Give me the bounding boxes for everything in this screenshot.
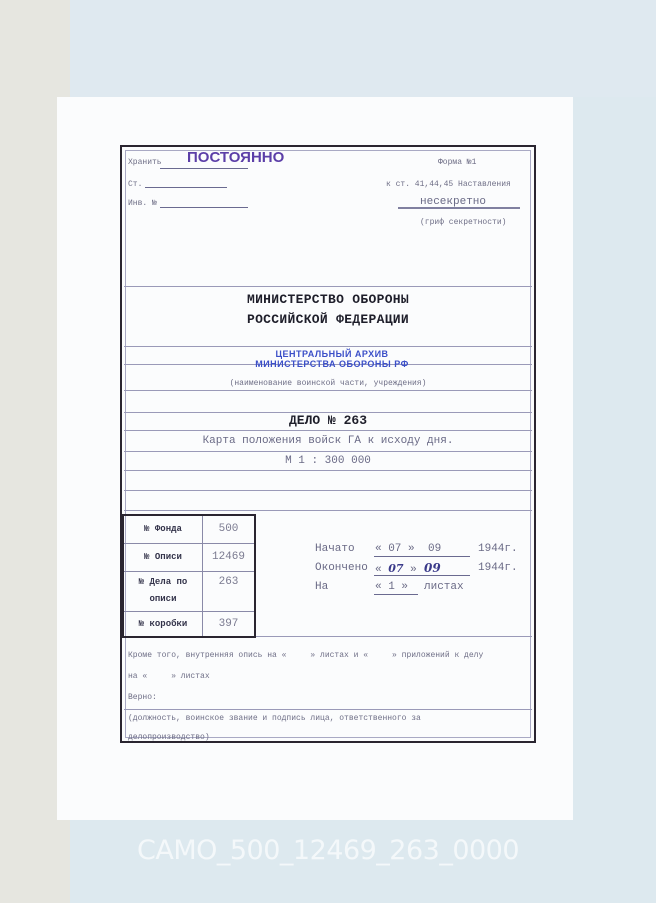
form-label: Форма №1 [438, 158, 476, 167]
ended-underline [374, 575, 470, 576]
inventory-value: 12469 [203, 543, 256, 571]
verified-label: Верно: [128, 693, 157, 702]
rule [124, 286, 532, 287]
case-number-value: 263 [203, 571, 256, 611]
inv-label: Инв. № [128, 199, 157, 208]
case-number-label: № Дела по описи [123, 571, 203, 611]
box-value: 397 [203, 611, 256, 637]
ended-day-handwritten: 07 [388, 562, 403, 575]
st-label: Ст. [128, 180, 142, 189]
table-row: № коробки 397 [123, 611, 255, 637]
fund-value: 500 [203, 515, 256, 543]
started-label: Начато [315, 543, 355, 555]
sheets-suffix: листах [424, 581, 464, 593]
archive-stamp-line-2: МИНИСТЕРСТВА ОБОРОНЫ РФ [246, 359, 418, 369]
st-underline [145, 187, 227, 188]
ministry-line-1: МИНИСТЕРСТВО ОБОРОНЫ [0, 292, 656, 307]
unit-caption: (наименование воинской части, учреждения… [0, 379, 656, 388]
started-month: 09 [428, 543, 441, 555]
rule [124, 346, 532, 347]
attachment-sheets-line: на « » листах [128, 672, 210, 681]
secrecy-underline [398, 207, 520, 209]
rule [124, 490, 532, 491]
rule [124, 510, 532, 511]
table-row: № Дела по описи 263 [123, 571, 255, 611]
form-reference: к ст. 41,44,45 Наставления [386, 180, 511, 189]
table-row: № Описи 12469 [123, 543, 255, 571]
sheets-underline [374, 594, 418, 595]
secrecy-caption: (гриф секретности) [420, 218, 506, 227]
inv-underline [160, 207, 248, 208]
started-underline [374, 556, 470, 557]
sheets-value: « 1 » [375, 581, 408, 593]
internal-inventory-line: Кроме того, внутренняя опись на « » лист… [128, 651, 483, 660]
responsible-line-1: (должность, воинское звание и подпись ли… [128, 714, 421, 723]
rule [124, 451, 532, 452]
archive-watermark: CAMO_500_12469_263_0000 [137, 835, 519, 866]
ended-label: Окончено [315, 562, 368, 574]
started-year: 1944г. [478, 543, 518, 555]
archive-stamp-line-1: ЦЕНТРАЛЬНЫЙ АРХИВ [246, 349, 418, 359]
started-day: « 07 » [375, 543, 415, 555]
background-top-sheet [70, 0, 656, 97]
inventory-label: № Описи [123, 543, 203, 571]
fund-label: № Фонда [123, 515, 203, 543]
keep-label: Хранить [128, 158, 162, 167]
rule [124, 709, 532, 710]
sheets-label: На [315, 581, 328, 593]
rule [124, 430, 532, 431]
table-row: № Фонда 500 [123, 515, 255, 543]
case-scale: М 1 : 300 000 [0, 455, 656, 467]
ended-year: 1944г. [478, 562, 518, 574]
keep-underline [160, 168, 248, 169]
rule [124, 390, 532, 391]
ended-day: « 07 » [375, 562, 417, 576]
ministry-line-2: РОССИЙСКОЙ ФЕДЕРАЦИИ [0, 312, 656, 327]
keep-stamp: ПОСТОЯННО [187, 149, 284, 166]
fund-table: № Фонда 500 № Описи 12469 № Дела по опис… [122, 514, 256, 638]
ended-month-handwritten: 09 [424, 561, 441, 575]
box-label: № коробки [123, 611, 203, 637]
rule [124, 470, 532, 471]
case-title: ДЕЛО № 263 [0, 413, 656, 428]
case-description: Карта положения войск ГА к исходу дня. [0, 435, 656, 447]
responsible-line-2: делопроизводство) [128, 733, 210, 742]
